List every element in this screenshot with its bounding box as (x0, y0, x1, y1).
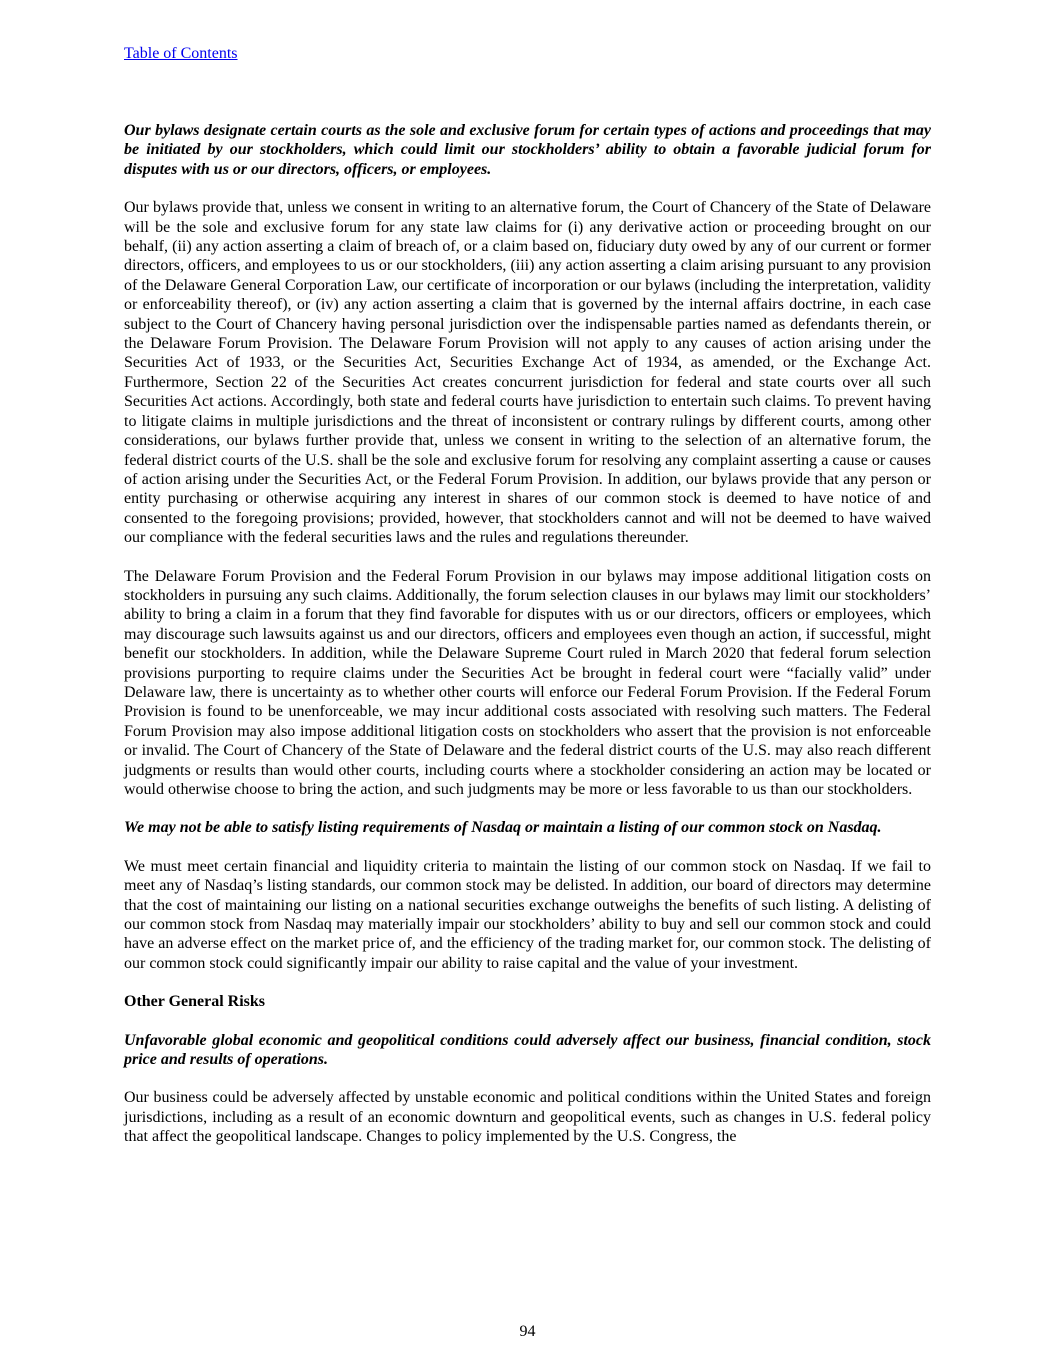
risk-heading-forum-selection: Our bylaws designate certain courts as t… (124, 121, 931, 179)
document-body: Our bylaws designate certain courts as t… (124, 121, 931, 1166)
paragraph-economic-conditions: Our business could be adversely affected… (124, 1088, 931, 1146)
paragraph-nasdaq-listing: We must meet certain financial and liqui… (124, 857, 931, 973)
paragraph-forum-costs: The Delaware Forum Provision and the Fed… (124, 567, 931, 800)
section-heading-other-general-risks: Other General Risks (124, 992, 931, 1011)
table-of-contents-link[interactable]: Table of Contents (124, 44, 238, 64)
page-number: 94 (0, 1322, 1055, 1342)
risk-heading-economic-conditions: Unfavorable global economic and geopolit… (124, 1031, 931, 1070)
paragraph-forum-provisions: Our bylaws provide that, unless we conse… (124, 198, 931, 547)
risk-heading-nasdaq-listing: We may not be able to satisfy listing re… (124, 818, 931, 837)
